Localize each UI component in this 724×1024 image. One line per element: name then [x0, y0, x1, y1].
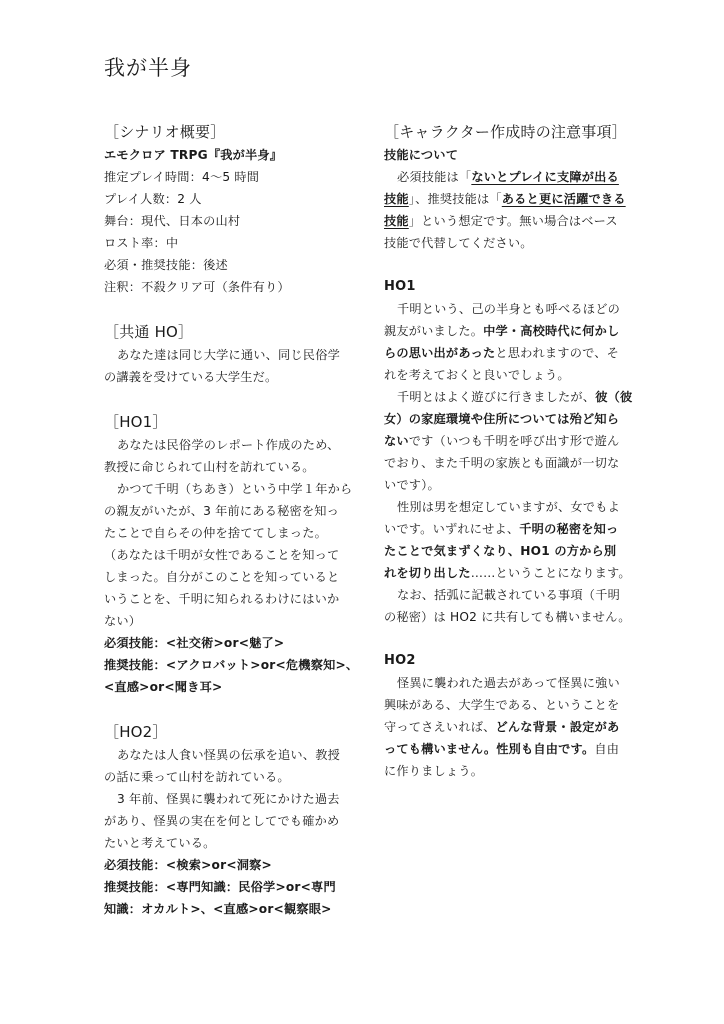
ho1-recommended-skills-cont: <直感>or<聞き耳> — [104, 676, 364, 698]
ho2-line: があり、怪異の実在を何としてでも確かめ — [104, 810, 364, 832]
emphasis: 技能 — [384, 192, 409, 206]
text: です（いつも千明を呼び出す形で遊ん — [409, 434, 620, 448]
emphasis: あると更に活躍できる — [502, 192, 626, 206]
text: ……ということになります。 — [471, 566, 631, 580]
ho1-note-line: れを切り出した……ということになります。 — [384, 562, 644, 584]
notes-line: 技能」、推奨技能は「あると更に活躍できる — [384, 188, 644, 210]
left-column: ［シナリオ概要］ エモクロア TRPG『我が半身』 推定プレイ時間：4～5 時間… — [104, 120, 364, 920]
common-ho-line: あなた達は同じ大学に通い、同じ民俗学 — [104, 344, 364, 366]
ho2-line: 3 年前、怪異に襲われて死にかけた過去 — [104, 788, 364, 810]
text: 親友がいました。 — [384, 324, 483, 338]
overview-line: プレイ人数：2 人 — [104, 188, 364, 210]
ho2-note-line: に作りましょう。 — [384, 760, 644, 782]
page-title: 我が半身 — [104, 52, 192, 82]
emphasis: ない — [384, 434, 409, 448]
emphasis: どんな背景・設定があ — [496, 720, 620, 734]
ho2-required-skills: 必須技能：<検索>or<洞察> — [104, 854, 364, 876]
ho2-recommended-skills-cont: 知識：オカルト>、<直感>or<観察眼> — [104, 898, 364, 920]
text: 」という想定です。無い場合はベース — [409, 214, 618, 228]
overview-system-line: エモクロア TRPG『我が半身』 — [104, 144, 364, 166]
ho2-line: たいと考えている。 — [104, 832, 364, 854]
ho2-line: の話に乗って山村を訪れている。 — [104, 766, 364, 788]
ho1-recommended-skills: 推奨技能：<アクロバット>or<危機察知>、 — [104, 654, 364, 676]
text: 必須技能は「 — [397, 170, 471, 184]
notes-line: 必須技能は「ないとプレイに支障が出る — [384, 166, 644, 188]
ho1-line: （あなたは千明が女性であることを知って — [104, 544, 364, 566]
ho1-note-heading: HO1 — [384, 276, 644, 298]
ho1-note-line: いです。いずれにせよ、千明の秘密を知っ — [384, 518, 644, 540]
ho1-note-line: れを考えておくと良いでしょう。 — [384, 364, 644, 386]
emphasis: 中学・高校時代に何かし — [483, 324, 619, 338]
overview-line: 注釈：不殺クリア可（条件有り） — [104, 276, 364, 298]
ho1-line: かつて千明（ちあき）という中学１年から — [104, 478, 364, 500]
text: 守ってさえいれば、 — [384, 720, 496, 734]
text: 」、推奨技能は「 — [409, 192, 502, 206]
common-ho-heading: ［共通 HO］ — [104, 320, 364, 344]
text: いです。いずれにせよ、 — [384, 522, 519, 536]
overview-heading: ［シナリオ概要］ — [104, 120, 364, 144]
emphasis: 技能 — [384, 214, 409, 228]
emphasis: っても構いません。性別も自由です。 — [384, 742, 594, 756]
overview-line: 推定プレイ時間：4～5 時間 — [104, 166, 364, 188]
ho1-note-line: 千明とはよく遊びに行きましたが、彼（彼 — [384, 386, 644, 408]
ho1-line: あなたは民俗学のレポート作成のため、 — [104, 434, 364, 456]
text: 自由 — [594, 742, 619, 756]
ho1-line: ない） — [104, 610, 364, 632]
emphasis: 彼（彼 — [595, 390, 632, 404]
ho1-note-line: 親友がいました。中学・高校時代に何かし — [384, 320, 644, 342]
emphasis: らの思い出があった — [384, 346, 495, 360]
ho2-recommended-skills: 推奨技能：<専門知識：民俗学>or<専門 — [104, 876, 364, 898]
ho1-line: いうことを、千明に知られるわけにはいか — [104, 588, 364, 610]
ho1-required-skills: 必須技能：<社交術>or<魅了> — [104, 632, 364, 654]
overview-line: 必須・推奨技能：後述 — [104, 254, 364, 276]
ho1-line: しまった。自分がこのことを知っていると — [104, 566, 364, 588]
ho1-line: たことで自らその仲を捨ててしまった。 — [104, 522, 364, 544]
ho2-note-line: 興味がある、大学生である、ということを — [384, 694, 644, 716]
ho1-note-line: らの思い出があったと思われますので、そ — [384, 342, 644, 364]
ho2-note-line: 守ってさえいれば、どんな背景・設定があ — [384, 716, 644, 738]
ho1-heading: ［HO1］ — [104, 410, 364, 434]
text: と思われますので、そ — [495, 346, 619, 360]
ho1-line: の親友がいたが、3 年前にある秘密を知っ — [104, 500, 364, 522]
emphasis: れを切り出した — [384, 566, 471, 580]
ho1-note-line: なお、括弧に記載されている事項（千明 — [384, 584, 644, 606]
ho1-note-line: 性別は男を想定していますが、女でもよ — [384, 496, 644, 518]
notes-line: 技能」という想定です。無い場合はベース — [384, 210, 644, 232]
ho1-note-line: ないです（いつも千明を呼び出す形で遊ん — [384, 430, 644, 452]
ho2-line: あなたは人食い怪異の伝承を追い、教授 — [104, 744, 364, 766]
ho2-note-line: 怪異に襲われた過去があって怪異に強い — [384, 672, 644, 694]
ho1-line: 教授に命じられて山村を訪れている。 — [104, 456, 364, 478]
emphasis: ないとプレイに支障が出る — [471, 170, 619, 184]
common-ho-line: の講義を受けている大学生だ。 — [104, 366, 364, 388]
notes-heading: ［キャラクター作成時の注意事項］ — [384, 120, 644, 144]
notes-subheading: 技能について — [384, 144, 644, 166]
ho1-note-line: 千明という、己の半身とも呼べるほどの — [384, 298, 644, 320]
ho1-note-line: の秘密）は HO2 に共有しても構いません。 — [384, 606, 644, 628]
notes-line: 技能で代替してください。 — [384, 232, 644, 254]
ho2-heading: ［HO2］ — [104, 720, 364, 744]
text: 千明とはよく遊びに行きましたが、 — [397, 390, 595, 404]
ho2-note-heading: HO2 — [384, 650, 644, 672]
overview-line: ロスト率：中 — [104, 232, 364, 254]
ho2-note-line: っても構いません。性別も自由です。自由 — [384, 738, 644, 760]
overview-line: 舞台：現代、日本の山村 — [104, 210, 364, 232]
ho1-note-line: 女）の家庭環境や住所については殆ど知ら — [384, 408, 644, 430]
ho1-note-line: いです）。 — [384, 474, 644, 496]
ho1-note-line: でおり、また千明の家族とも面識が一切な — [384, 452, 644, 474]
ho1-note-line: たことで気まずくなり、HO1 の方から別 — [384, 540, 644, 562]
emphasis: 千明の秘密を知っ — [519, 522, 618, 536]
right-column: ［キャラクター作成時の注意事項］ 技能について 必須技能は「ないとプレイに支障が… — [384, 120, 644, 782]
